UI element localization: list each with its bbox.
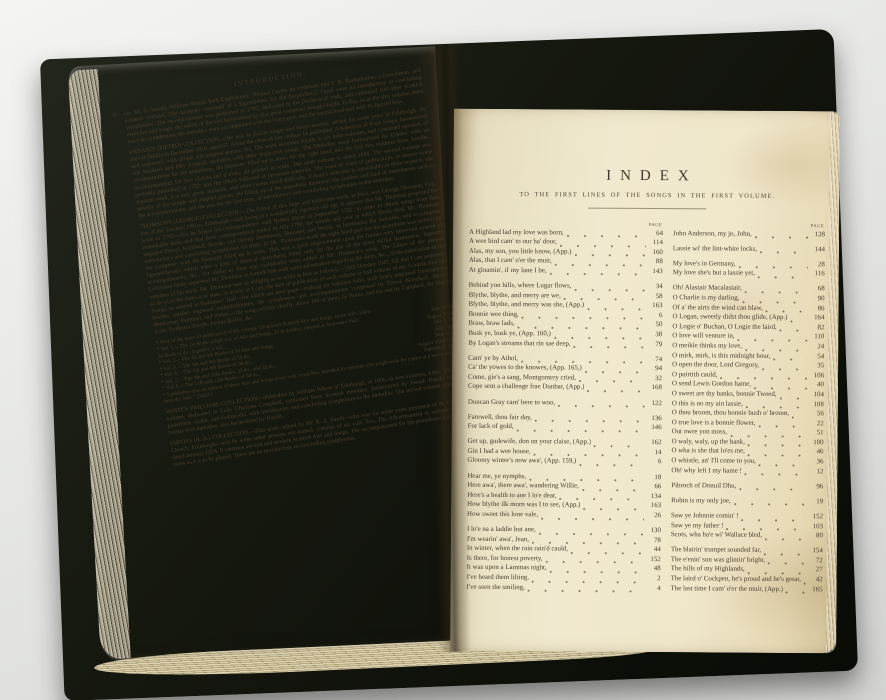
dot-leader xyxy=(737,335,807,342)
index-columns: PAGE A Highland lad my love was born, 64… xyxy=(467,221,826,595)
index-entry-title: O send Lewis Gordon hame, xyxy=(672,380,751,390)
index-entry-title: Scots, wha ha'e wi' Wallace bled, xyxy=(671,530,762,540)
index-entry-page: 64 xyxy=(648,229,663,239)
dot-leader xyxy=(535,415,645,423)
index-entry-page: 130 xyxy=(646,526,661,536)
index-entry-page: 14 xyxy=(646,448,661,458)
index-entry-page: 44 xyxy=(646,545,661,555)
page-column-header: PAGE xyxy=(469,221,663,227)
index-entry: Oh! why left I my hame ! 12 xyxy=(671,466,823,477)
index-entry-page: 66 xyxy=(646,482,661,492)
index-entry-page: 154 xyxy=(808,546,823,556)
index-entry-page: 34 xyxy=(648,282,663,292)
index-entry-page: 50 xyxy=(647,320,662,330)
dot-leader xyxy=(555,259,646,267)
index-entry-title: Braw, braw lads, xyxy=(468,319,514,329)
index-entry-page: 36 xyxy=(808,457,823,467)
dot-leader xyxy=(748,450,807,457)
dot-leader xyxy=(758,272,808,279)
index-entry: My love she's but a lassie yet, 116 xyxy=(673,268,825,279)
index-entry-title: Cope sent a challenge frae Dunbar, (App.… xyxy=(468,382,585,392)
index-entry-page: 56 xyxy=(809,409,824,419)
index-entry-title: I've heard them lilting, xyxy=(467,573,530,583)
index-entry-page: 146 xyxy=(647,423,662,433)
dot-leader xyxy=(768,558,806,565)
dot-leader xyxy=(745,469,807,476)
index-entry-title: The hills of my Highlands, xyxy=(671,565,745,575)
index-entry-title: Pibroch of Donuil Dhu, xyxy=(671,481,736,491)
index-entry-title: Is there, for honest poverty, xyxy=(467,554,543,564)
dot-leader xyxy=(528,585,644,593)
index-entry-page: 96 xyxy=(808,482,823,492)
dot-leader xyxy=(574,284,645,291)
index-entry-title: Duncan Gray cam' here to woo, xyxy=(468,397,555,407)
index-entry-page: 88 xyxy=(648,257,663,267)
index-entry-title: Of a' the airts the wind can blaw, xyxy=(672,303,762,313)
index-entry-title: How sweet this lone vale, xyxy=(467,510,538,520)
index-entry-title: Out owre yon moss, xyxy=(672,427,728,437)
index-entry-page: 106 xyxy=(809,371,824,381)
right-page: INDEX TO THE FIRST LINES OF THE SONGS IN… xyxy=(450,109,840,654)
index-entry-page: 122 xyxy=(647,399,662,409)
dot-leader xyxy=(804,578,806,585)
index-entry: By Logan's streams that rin sae deep, 79 xyxy=(468,338,662,349)
dot-leader xyxy=(539,528,644,536)
left-page: vi INTRODUCTION. viz. Dr. S. Arnold, Wil… xyxy=(68,46,469,662)
index-entry-page: 28 xyxy=(810,260,825,270)
index-entry-title: O open the door, Lord Gregory, xyxy=(672,360,759,370)
index-entry-title: Robin is my only joe, xyxy=(671,496,731,506)
dot-leader xyxy=(792,412,807,419)
index-entry-page: 168 xyxy=(647,383,662,393)
index-entry-page: 40 xyxy=(809,380,824,390)
index-entry-page: 22 xyxy=(809,419,824,429)
index-entry-page: 18 xyxy=(646,473,661,483)
introduction-text: vi INTRODUCTION. viz. Dr. S. Arnold, Wil… xyxy=(121,54,470,473)
index-entry-title: Alas, that I cam' o'er the muir, xyxy=(469,256,552,266)
dot-leader xyxy=(558,400,645,408)
dot-leader xyxy=(583,504,644,511)
index-entry-title: O puirtith cauld, xyxy=(672,370,717,380)
index-column-left: PAGE A Highland lad my love was born, 64… xyxy=(467,221,664,594)
index-entry-title: Here's a health to ane I lo'e dear, xyxy=(467,491,557,501)
index-entry-page: 100 xyxy=(809,438,824,448)
index-entry-title: Gin I had a wee house, xyxy=(467,447,530,457)
index-entries-right: John Anderson, my jo, John, 128 Lassie w… xyxy=(671,229,826,595)
book-photo: vi INTRODUCTION. viz. Dr. S. Arnold, Wil… xyxy=(0,0,886,700)
index-entry-page: 72 xyxy=(808,556,823,566)
index-entry-page: 6 xyxy=(647,311,662,321)
index-entry-title: A wee bird cam' to our ha' door, xyxy=(469,237,557,247)
index-entry-page: 162 xyxy=(647,438,662,448)
index-entry-page: 48 xyxy=(646,564,661,574)
index-entry-page: 82 xyxy=(809,323,824,333)
index-entry: Robin is my only joe, 19 xyxy=(671,496,823,507)
index-entry: Scots, wha ha'e wi' Wallace bled, 80 xyxy=(671,530,823,541)
index-entry-title: O Charlie is my darling, xyxy=(673,293,740,303)
dot-leader xyxy=(739,484,806,491)
index-entry-page: 4 xyxy=(646,584,661,594)
index-entry-title: I lo'e na a laddie but ane, xyxy=(467,525,536,535)
index-entry: John Anderson, my jo, John, 128 xyxy=(673,229,825,240)
index-entry-page: 26 xyxy=(646,511,661,521)
dot-leader xyxy=(585,366,645,373)
dot-leader xyxy=(748,440,807,447)
index-entry-page: 152 xyxy=(808,512,823,522)
dot-leader xyxy=(760,247,808,254)
index-entry-page: 46 xyxy=(808,448,823,458)
dot-leader xyxy=(758,421,806,428)
dot-leader xyxy=(759,459,807,466)
dot-leader xyxy=(541,513,644,521)
index-entry: Pibroch of Donuil Dhu, 96 xyxy=(671,481,823,492)
dot-leader xyxy=(532,576,644,584)
dot-leader xyxy=(574,342,646,349)
index-entry-page: 68 xyxy=(810,285,825,295)
index-entry: Duncan Gray cam' here to woo, 122 xyxy=(468,397,662,408)
index-entry-page: 38 xyxy=(647,330,662,340)
dot-leader xyxy=(517,425,645,433)
index-entry-title: Busk ye, busk ye, (App. 160,) xyxy=(468,329,551,339)
page-column-header: PAGE xyxy=(673,222,825,228)
index-entry-title: O meikle thinks my love, xyxy=(672,341,742,351)
index-entry: Lassie wi' the lint-white locks, 144 xyxy=(673,244,825,255)
index-entry-page: 6 xyxy=(646,457,661,467)
index-entry-page: 79 xyxy=(647,340,662,350)
index-title: INDEX xyxy=(469,167,825,186)
index-entry-title: Cam' ye by Athol, xyxy=(468,353,518,363)
index-entry-page: 160 xyxy=(648,248,663,258)
dot-leader xyxy=(741,514,806,521)
index-entry-title: It was upon a Lammas night, xyxy=(467,563,547,573)
dot-leader xyxy=(764,549,806,556)
index-entry: How sweet this lone vale, 26 xyxy=(467,510,661,521)
dot-leader xyxy=(780,325,808,332)
index-entry-page: 108 xyxy=(809,400,824,410)
dot-leader xyxy=(762,364,807,371)
index-entry-page: 94 xyxy=(647,364,662,374)
index-entry-page: 19 xyxy=(808,497,823,507)
index-subtitle: TO THE FIRST LINES OF THE SONGS IN THE F… xyxy=(469,191,825,200)
index-entry-title: Oh! Alastair Macalastair, xyxy=(673,284,742,294)
index-entry-page: 78 xyxy=(646,536,661,546)
dot-leader xyxy=(587,386,645,393)
dot-leader xyxy=(582,484,645,491)
index-entry-page: 103 xyxy=(808,522,823,532)
index-entry-page: 110 xyxy=(809,332,824,342)
index-entry-page: 152 xyxy=(646,555,661,565)
index-entry-title: O whistle, an' I'll come to you, xyxy=(671,456,755,466)
dot-leader xyxy=(579,460,644,467)
index-entry-page: 104 xyxy=(809,390,824,400)
index-entry-page: 134 xyxy=(646,492,661,502)
dot-leader xyxy=(786,587,806,594)
index-column-right: PAGE John Anderson, my jo, John, 128 Las… xyxy=(671,222,826,594)
index-entry-title: I'm wearin' awa', Jean, xyxy=(467,534,529,544)
dot-leader xyxy=(790,316,807,323)
index-entry-title: Saw ye Johnnie comin' ! xyxy=(671,511,739,521)
index-entry-page: 165 xyxy=(808,585,823,595)
index-entry-page: 35 xyxy=(809,361,824,371)
index-entry-title: Hear me, ye nymphs, xyxy=(467,471,526,481)
index-entries-left: A Highland lad my love was born, 64 A we… xyxy=(467,227,664,593)
dot-leader xyxy=(550,269,646,277)
index-entry-page: 136 xyxy=(647,414,662,424)
dot-leader xyxy=(755,232,808,239)
index-entry-title: The last time I cam' o'er the muir, (App… xyxy=(671,584,783,594)
index-entry-page: 163 xyxy=(646,501,661,511)
index-entry-title: O wha is she that lo'es me, xyxy=(671,447,744,457)
dot-leader xyxy=(745,287,808,294)
dot-leader xyxy=(545,557,643,565)
index-entry-title: Farewell, thou fair day, xyxy=(468,412,532,422)
index-entry-title: Saw ye my father ! xyxy=(671,521,724,531)
index-entry-title: For lack of gold, xyxy=(468,422,514,432)
index-page-content: INDEX TO THE FIRST LINES OF THE SONGS IN… xyxy=(451,109,840,595)
index-entry: For lack of gold, 146 xyxy=(468,422,662,433)
index-entry-page: 42 xyxy=(808,575,823,585)
index-entry: The last time I cam' o'er the muir, (App… xyxy=(671,584,823,595)
index-entry-page: 144 xyxy=(810,245,825,255)
index-entry-title: My love's in Germany, xyxy=(673,259,736,269)
index-entry-page: 32 xyxy=(647,374,662,384)
dot-leader xyxy=(780,392,807,399)
index-entry-title: By Logan's streams that rin sae deep, xyxy=(468,338,571,348)
page-number-folio: vi xyxy=(111,112,116,119)
index-entry-page: 51 xyxy=(809,428,824,438)
dot-leader xyxy=(560,240,646,248)
index-entry-page: 80 xyxy=(808,531,823,541)
index-entry-page: 116 xyxy=(810,269,825,279)
index-entry-title: Gloomy winter's now awa', (App. 159,) xyxy=(467,456,576,466)
index-entry-page: 164 xyxy=(809,313,824,323)
index-entry-title: O this is no my ain lassie, xyxy=(672,399,743,409)
dot-leader xyxy=(594,441,645,448)
index-entry-page: 163 xyxy=(647,301,662,311)
dot-leader xyxy=(522,312,646,320)
index-entry-page: 74 xyxy=(647,355,662,365)
dot-leader xyxy=(587,303,645,310)
index-entry-page: 128 xyxy=(810,230,825,240)
index-entry: Gloomy winter's now awa', (App. 159,) 6 xyxy=(467,456,661,467)
index-entry-page: 12 xyxy=(808,467,823,477)
index-entry-title: John Anderson, my jo, John, xyxy=(673,229,752,239)
dot-leader xyxy=(574,250,646,257)
index-entry: I've seen the smiling, 4 xyxy=(467,582,661,593)
index-entry-page: 90 xyxy=(810,294,825,304)
index-entry-page: 114 xyxy=(648,238,663,248)
index-entry-page: 2 xyxy=(646,574,661,584)
index-entry-title: My love she's but a lassie yet, xyxy=(673,268,755,278)
index-entry-page: 58 xyxy=(648,292,663,302)
dot-leader xyxy=(765,534,806,541)
index-entry-title: O waly, waly, up the bank, xyxy=(672,437,745,447)
index-entry-title: Oh! why left I my hame ! xyxy=(671,466,741,476)
index-entry: At gloamin', if my lane I be, 143 xyxy=(469,266,663,277)
index-entry-title: At gloamin', if my lane I be, xyxy=(469,266,547,276)
index-entry-page: 24 xyxy=(809,342,824,352)
index-entry-page: 54 xyxy=(809,352,824,362)
index-entry-page: 143 xyxy=(648,267,663,277)
index-entry-title: Blythe, blythe, and merry are we, xyxy=(469,290,561,300)
index-entry-title: Lassie wi' the lint-white locks, xyxy=(673,244,757,254)
index-entry-title: Bonnie wee thing, xyxy=(468,310,518,320)
index-entry-page: 86 xyxy=(809,304,824,314)
dot-leader xyxy=(571,547,644,555)
dot-leader xyxy=(567,231,646,239)
index-entry-title: O love will venture in, xyxy=(672,332,734,342)
dot-leader xyxy=(773,354,807,361)
dot-leader xyxy=(734,499,807,507)
dot-leader xyxy=(579,376,645,383)
dot-leader xyxy=(550,566,644,574)
index-entry: Cope sent a challenge frae Dunbar, (App.… xyxy=(468,382,662,393)
title-rule xyxy=(588,208,706,210)
index-entry-page: 27 xyxy=(808,566,823,576)
index-entry-title: O true love is a bonnie flower, xyxy=(672,418,756,428)
introduction-paragraphs-top: viz. Dr. S. Arnold, William Shield, both… xyxy=(123,68,451,337)
index-entry-title: I've seen the smiling, xyxy=(467,582,525,592)
